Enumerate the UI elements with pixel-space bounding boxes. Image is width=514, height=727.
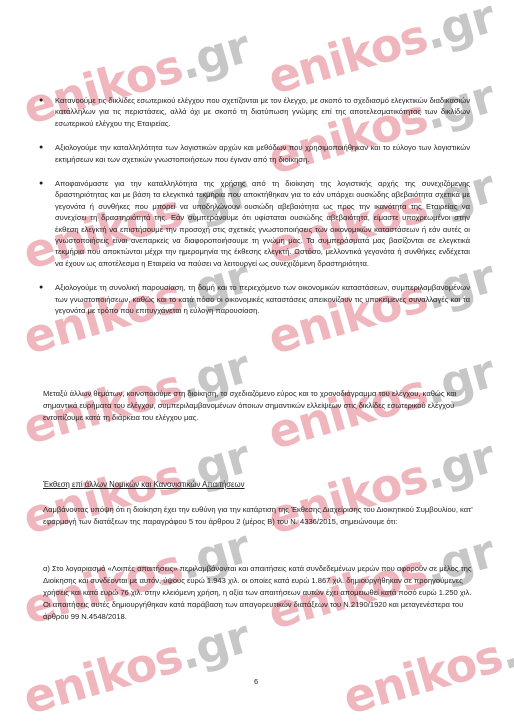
bullet-icon: ●: [39, 282, 43, 293]
list-item: ● Κατανοούμε τις δικλίδες εσωτερικού ελέ…: [43, 95, 470, 129]
document-page: enikos.gr enikos.gr enikos.gr enikos.gr …: [0, 0, 514, 727]
finding-a-paragraph: α) Στο λογαριασμό «Λοιπές απαιτήσεις» πε…: [43, 563, 475, 623]
list-item: ● Αξιολογούμε τη συνολική παρουσίαση, τη…: [43, 282, 470, 316]
intro-paragraph: Λαμβάνοντας υπόψη ότι η διοίκηση έχει τη…: [43, 504, 473, 528]
list-item: ● Αξιολογούμε την καταλληλότητα των λογι…: [43, 142, 470, 165]
list-item: ● Αποφαινόμαστε για την καταλληλότητα τη…: [43, 178, 470, 269]
watermark-logo: enikos.gr: [337, 609, 514, 725]
section-heading: Έκθεση επί άλλων Νομικών και Κανονιστικώ…: [43, 480, 245, 489]
list-item-text: Αξιολογούμε την καταλληλότητα των λογιστ…: [55, 143, 470, 163]
list-item-text: Αποφαινόμαστε για την καταλληλότητα της …: [55, 179, 470, 268]
bullet-icon: ●: [39, 142, 43, 153]
bullet-icon: ●: [39, 95, 43, 106]
list-item-text: Κατανοούμε τις δικλίδες εσωτερικού ελέγχ…: [55, 96, 470, 128]
audit-procedures-list: ● Κατανοούμε τις δικλίδες εσωτερικού ελέ…: [43, 95, 470, 330]
page-number: 6: [254, 677, 258, 686]
list-item-text: Αξιολογούμε τη συνολική παρουσίαση, τη δ…: [55, 283, 470, 315]
bullet-icon: ●: [39, 178, 43, 189]
communication-paragraph: Μεταξύ άλλων θεμάτων, κοινοποιούμε στη δ…: [43, 388, 473, 424]
